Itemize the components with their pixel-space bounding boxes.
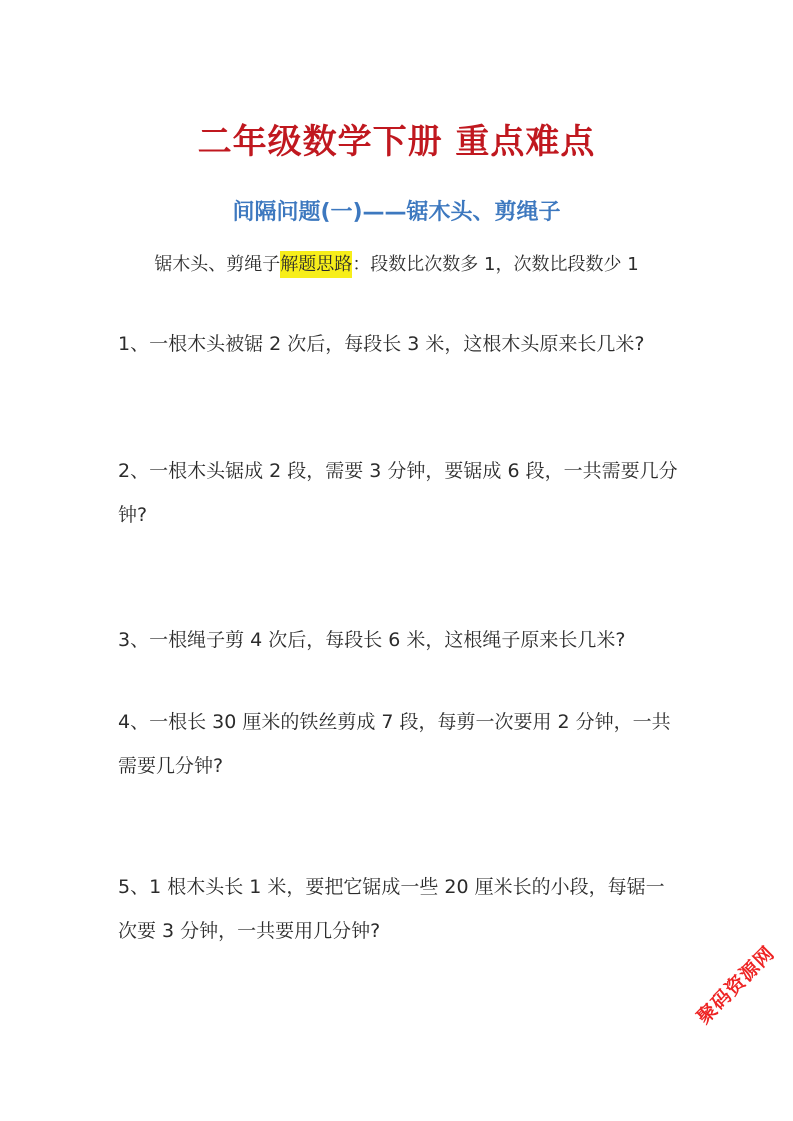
question-2: 2、一根木头锯成 2 段，需要 3 分钟，要锯成 6 段，一共需要几分钟? xyxy=(118,449,678,537)
watermark: 聚码资源网 xyxy=(690,939,780,1029)
section-subtitle: 间隔问题(一)——锯木头、剪绳子 xyxy=(0,195,793,226)
question-4: 4、一根长 30 厘米的铁丝剪成 7 段，每剪一次要用 2 分钟，一共需要几分钟… xyxy=(118,700,678,788)
question-3: 3、一根绳子剪 4 次后，每段长 6 米，这根绳子原来长几米? xyxy=(118,618,678,662)
tip-suffix: ：段数比次数多 1，次数比段数少 1 xyxy=(352,254,638,275)
tip-highlight: 解题思路 xyxy=(280,251,352,278)
question-5: 5、1 根木头长 1 米，要把它锯成一些 20 厘米长的小段，每锯一次要 3 分… xyxy=(118,865,678,953)
tip-prefix: 锯木头、剪绳子 xyxy=(154,254,280,275)
question-1: 1、一根木头被锯 2 次后，每段长 3 米，这根木头原来长几米? xyxy=(118,322,678,366)
page-title: 二年级数学下册 重点难点 xyxy=(0,114,793,163)
solution-tip: 锯木头、剪绳子解题思路：段数比次数多 1，次数比段数少 1 xyxy=(0,250,793,276)
